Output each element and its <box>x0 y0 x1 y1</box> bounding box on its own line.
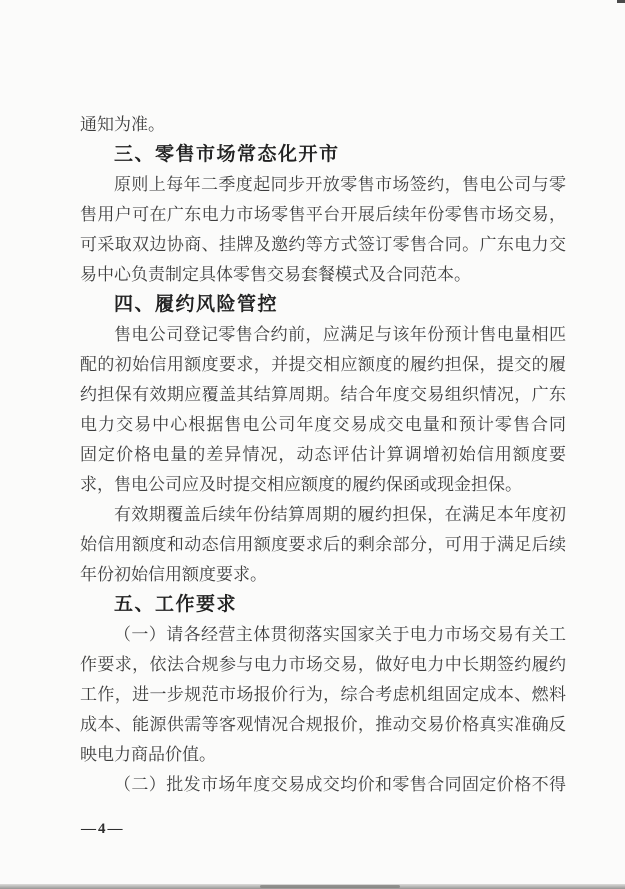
body-text-line: 可采取双边协商、挂牌及邀约等方式签订零售合同。广东电力交 <box>80 230 566 260</box>
body-text-line: （二）批发市场年度交易成交均价和零售合同固定价格不得 <box>80 770 566 800</box>
body-text-line: 易中心负责制定具体零售交易套餐模式及合同范本。 <box>80 260 566 290</box>
body-text-line: 固定价格电量的差异情况，动态评估计算调增初始信用额度要 <box>80 440 566 470</box>
body-text-line: 约担保有效期应覆盖其结算周期。结合年度交易组织情况，广东 <box>80 380 566 410</box>
body-text-line: 有效期覆盖后续年份结算周期的履约担保，在满足本年度初 <box>80 500 566 530</box>
body-text-line: 工作，进一步规范市场报价行为，综合考虑机组固定成本、燃料 <box>80 680 566 710</box>
scan-corner-artifact <box>617 0 625 3</box>
section-heading: 四、履约风险管控 <box>80 290 566 320</box>
body-text-line: 售电公司登记零售合约前，应满足与该年份预计售电量相匹 <box>80 320 566 350</box>
section-heading: 三、零售市场常态化开市 <box>80 140 566 170</box>
document-text-block: 通知为准。三、零售市场常态化开市原则上每年二季度起同步开放零售市场签约，售电公司… <box>80 110 566 800</box>
body-text-line: 通知为准。 <box>80 110 566 140</box>
body-text-line: 年份初始信用额度要求。 <box>80 560 566 590</box>
body-text-line: 原则上每年二季度起同步开放零售市场签约，售电公司与零 <box>80 170 566 200</box>
scan-bottom-edge <box>0 884 625 889</box>
section-heading: 五、工作要求 <box>80 590 566 620</box>
body-text-line: （一）请各经营主体贯彻落实国家关于电力市场交易有关工 <box>80 620 566 650</box>
body-text-line: 电力交易中心根据售电公司年度交易成交电量和预计零售合同 <box>80 410 566 440</box>
body-text-line: 售用户可在广东电力市场零售平台开展后续年份零售市场交易， <box>80 200 566 230</box>
body-text-line: 始信用额度和动态信用额度要求后的剩余部分，可用于满足后续 <box>80 530 566 560</box>
body-text-line: 成本、能源供需等客观情况合规报价，推动交易价格真实准确反 <box>80 710 566 740</box>
body-text-line: 求，售电公司应及时提交相应额度的履约保函或现金担保。 <box>80 470 566 500</box>
scan-smudge <box>260 885 400 888</box>
page-number-footer: —4— <box>81 821 125 837</box>
body-text-line: 配的初始信用额度要求，并提交相应额度的履约担保，提交的履 <box>80 350 566 380</box>
body-text-line: 映电力商品价值。 <box>80 740 566 770</box>
scanned-document-page: 通知为准。三、零售市场常态化开市原则上每年二季度起同步开放零售市场签约，售电公司… <box>0 0 625 889</box>
body-text-line: 作要求，依法合规参与电力市场交易，做好电力中长期签约履约 <box>80 650 566 680</box>
